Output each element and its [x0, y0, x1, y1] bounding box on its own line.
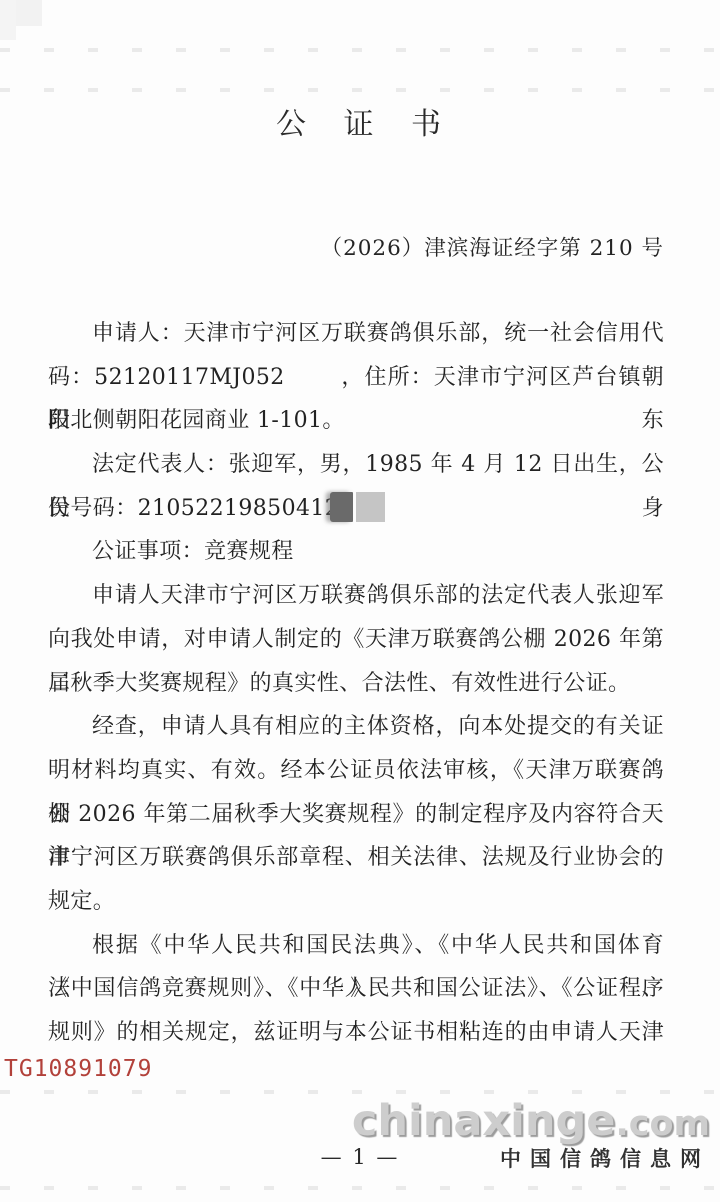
watermark-cn-name: 中国信鸽信息网	[352, 1149, 710, 1170]
credit-code-text: 码：52120117MJ052	[48, 365, 285, 390]
body-line: 申请人天津市宁河区万联赛鸽俱乐部的法定代表人张迎军	[48, 574, 664, 618]
body-line: 《中国信鸽竞赛规则》、《中华人民共和国公证法》、《公证程序	[48, 967, 664, 1011]
document-number: （2026）津滨海证经字第 210 号	[321, 231, 664, 262]
watermark-site-tld: .com	[615, 1104, 710, 1144]
body-line: 规定。	[48, 880, 664, 924]
body-line: 棚 2026 年第二届秋季大奖赛规程》的制定程序及内容符合天津	[48, 793, 664, 837]
body-line: 根据《中华人民共和国民法典》、《中华人民共和国体育法》、	[48, 924, 664, 968]
body-line: 法定代表人：张迎军，男，1985 年 4 月 12 日出生，公民身	[48, 443, 664, 487]
tracking-code: TG10891079	[4, 1056, 152, 1082]
redaction-box-dark	[330, 492, 353, 522]
scan-line-artifact	[0, 1186, 720, 1190]
notary-certificate-page: 公 证 书 （2026）津滨海证经字第 210 号 申请人：天津市宁河区万联赛鸽…	[0, 0, 720, 1202]
redaction-box-light	[356, 492, 385, 522]
body-line: 经查，申请人具有相应的主体资格，向本处提交的有关证	[48, 705, 664, 749]
body-line: 申请人：天津市宁河区万联赛鸽俱乐部，统一社会信用代	[48, 312, 664, 356]
document-body: 申请人：天津市宁河区万联赛鸽俱乐部，统一社会信用代 码：52120117MJ05…	[48, 312, 664, 1055]
body-line: 明材料均真实、有效。经本公证员依法审核，《天津万联赛鸽公	[48, 749, 664, 793]
scan-line-artifact	[0, 48, 720, 52]
site-watermark: chinaxinge.com 中国信鸽信息网	[352, 1100, 710, 1170]
document-title: 公 证 书	[0, 99, 720, 143]
body-line-credit-code: 码：52120117MJ052，住所：天津市宁河区芦台镇朝阳东	[48, 356, 664, 400]
watermark-site-text: chinaxinge.com	[352, 1100, 710, 1143]
scan-line-artifact	[0, 88, 720, 92]
scan-corner-artifact	[0, 0, 16, 40]
body-line: 向我处申请，对申请人制定的《天津万联赛鸽公棚 2026 年第二	[48, 618, 664, 662]
watermark-site-main: chinaxinge	[352, 1096, 616, 1146]
scan-line-artifact	[0, 1090, 720, 1094]
body-line: 公证事项：竞赛规程	[48, 530, 664, 574]
id-number-text: 份号码：21052219850412	[48, 496, 339, 521]
body-line: 规则》的相关规定，兹证明与本公证书相粘连的由申请人天津	[48, 1011, 664, 1055]
body-line: 市宁河区万联赛鸽俱乐部章程、相关法律、法规及行业协会的	[48, 836, 664, 880]
body-line: 届秋季大奖赛规程》的真实性、合法性、有效性进行公证。	[48, 662, 664, 706]
